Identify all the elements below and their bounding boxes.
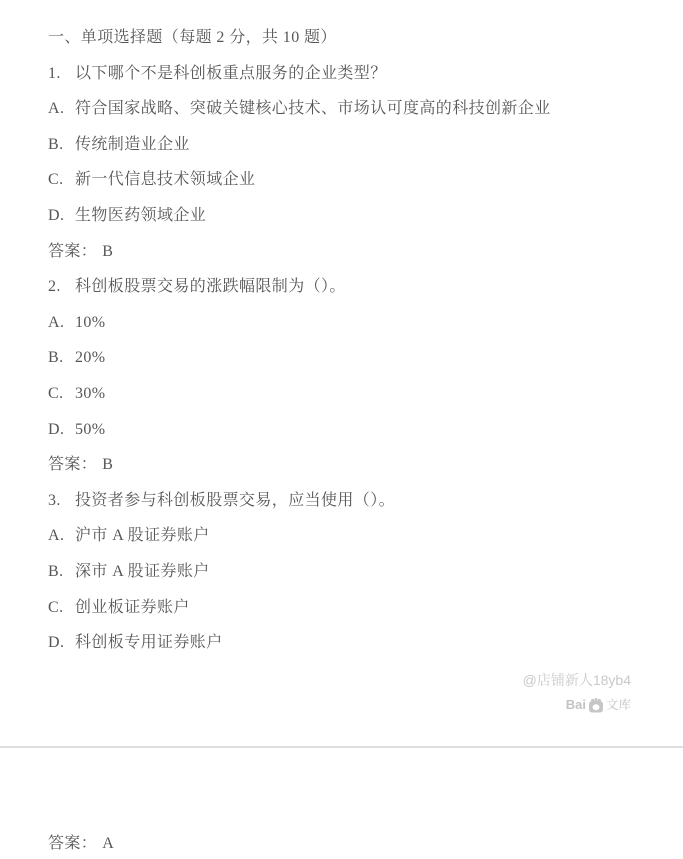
option-label: A. — [48, 99, 75, 119]
option-text: 深市 A 股证券账户 — [75, 563, 210, 580]
question-text: 以下哪个不是科创板重点服务的企业类型？ — [75, 65, 387, 82]
question-3-option-a: A.沪市 A 股证券账户 — [48, 526, 663, 562]
option-text: 生物医药领域企业 — [75, 207, 206, 224]
logo-text-bai: Bai — [566, 698, 586, 712]
option-label: A. — [48, 526, 75, 546]
option-label: B. — [48, 135, 75, 155]
question-number: 3. — [48, 491, 75, 511]
answer-label: 答案： — [48, 835, 97, 852]
option-text: 科创板专用证券账户 — [75, 634, 223, 651]
option-label: B. — [48, 562, 75, 582]
question-3-option-d: D.科创板专用证券账户 — [48, 633, 663, 669]
question-3-option-c: C.创业板证券账户 — [48, 598, 663, 634]
question-1-option-a: A.符合国家战略、突破关键核心技术、市场认可度高的科技创新企业 — [48, 99, 663, 135]
option-text: 新一代信息技术领域企业 — [75, 171, 255, 188]
option-text: 30% — [75, 385, 106, 402]
section-title: 一、单项选择题（每题 2 分，共 10 题） — [48, 28, 663, 64]
question-1: 1.以下哪个不是科创板重点服务的企业类型？ — [48, 64, 663, 100]
option-label: D. — [48, 206, 75, 226]
question-text: 投资者参与科创板股票交易，应当使用（）。 — [75, 492, 395, 509]
question-2-option-d: D.50% — [48, 420, 663, 456]
answer-value: B — [102, 456, 113, 473]
question-1-option-b: B.传统制造业企业 — [48, 135, 663, 171]
logo-text-wenku: 文库 — [606, 698, 631, 712]
question-2-option-b: B.20% — [48, 348, 663, 384]
question-1-option-c: C.新一代信息技术领域企业 — [48, 170, 663, 206]
question-text: 科创板股票交易的涨跌幅限制为（）。 — [75, 278, 346, 295]
option-text: 符合国家战略、突破关键核心技术、市场认可度高的科技创新企业 — [75, 100, 551, 117]
question-3-option-b: B.深市 A 股证券账户 — [48, 562, 663, 598]
question-3-answer: 答案：A — [48, 834, 114, 854]
question-3: 3.投资者参与科创板股票交易，应当使用（）。 — [48, 491, 663, 527]
option-label: C. — [48, 170, 75, 190]
option-text: 沪市 A 股证券账户 — [75, 527, 210, 544]
option-label: C. — [48, 598, 75, 618]
answer-value: A — [102, 835, 114, 852]
question-2-answer: 答案：B — [48, 455, 663, 491]
question-1-option-d: D.生物医药领域企业 — [48, 206, 663, 242]
document-page: 一、单项选择题（每题 2 分，共 10 题） 1.以下哪个不是科创板重点服务的企… — [0, 0, 683, 859]
option-text: 20% — [75, 349, 106, 366]
question-sheet: 一、单项选择题（每题 2 分，共 10 题） 1.以下哪个不是科创板重点服务的企… — [48, 28, 663, 669]
option-text: 创业板证券账户 — [75, 599, 190, 616]
question-2-option-c: C.30% — [48, 384, 663, 420]
option-text: 50% — [75, 421, 106, 438]
baidu-wenku-logo: Bai 文库 — [523, 697, 631, 713]
watermark-username: @店铺新人18yb4 — [523, 672, 631, 688]
baidu-paw-icon — [588, 697, 604, 713]
option-label: D. — [48, 420, 75, 440]
option-label: B. — [48, 348, 75, 368]
question-number: 1. — [48, 64, 75, 84]
option-label: A. — [48, 313, 75, 333]
question-2: 2.科创板股票交易的涨跌幅限制为（）。 — [48, 277, 663, 313]
answer-value: B — [102, 243, 113, 260]
option-text: 10% — [75, 314, 106, 331]
option-text: 传统制造业企业 — [75, 136, 190, 153]
question-1-answer: 答案：B — [48, 242, 663, 278]
watermark: @店铺新人18yb4 Bai 文库 — [523, 672, 631, 713]
page-divider — [0, 746, 683, 748]
answer-label: 答案： — [48, 243, 97, 260]
question-2-option-a: A.10% — [48, 313, 663, 349]
option-label: D. — [48, 633, 75, 653]
question-number: 2. — [48, 277, 75, 297]
answer-label: 答案： — [48, 456, 97, 473]
option-label: C. — [48, 384, 75, 404]
